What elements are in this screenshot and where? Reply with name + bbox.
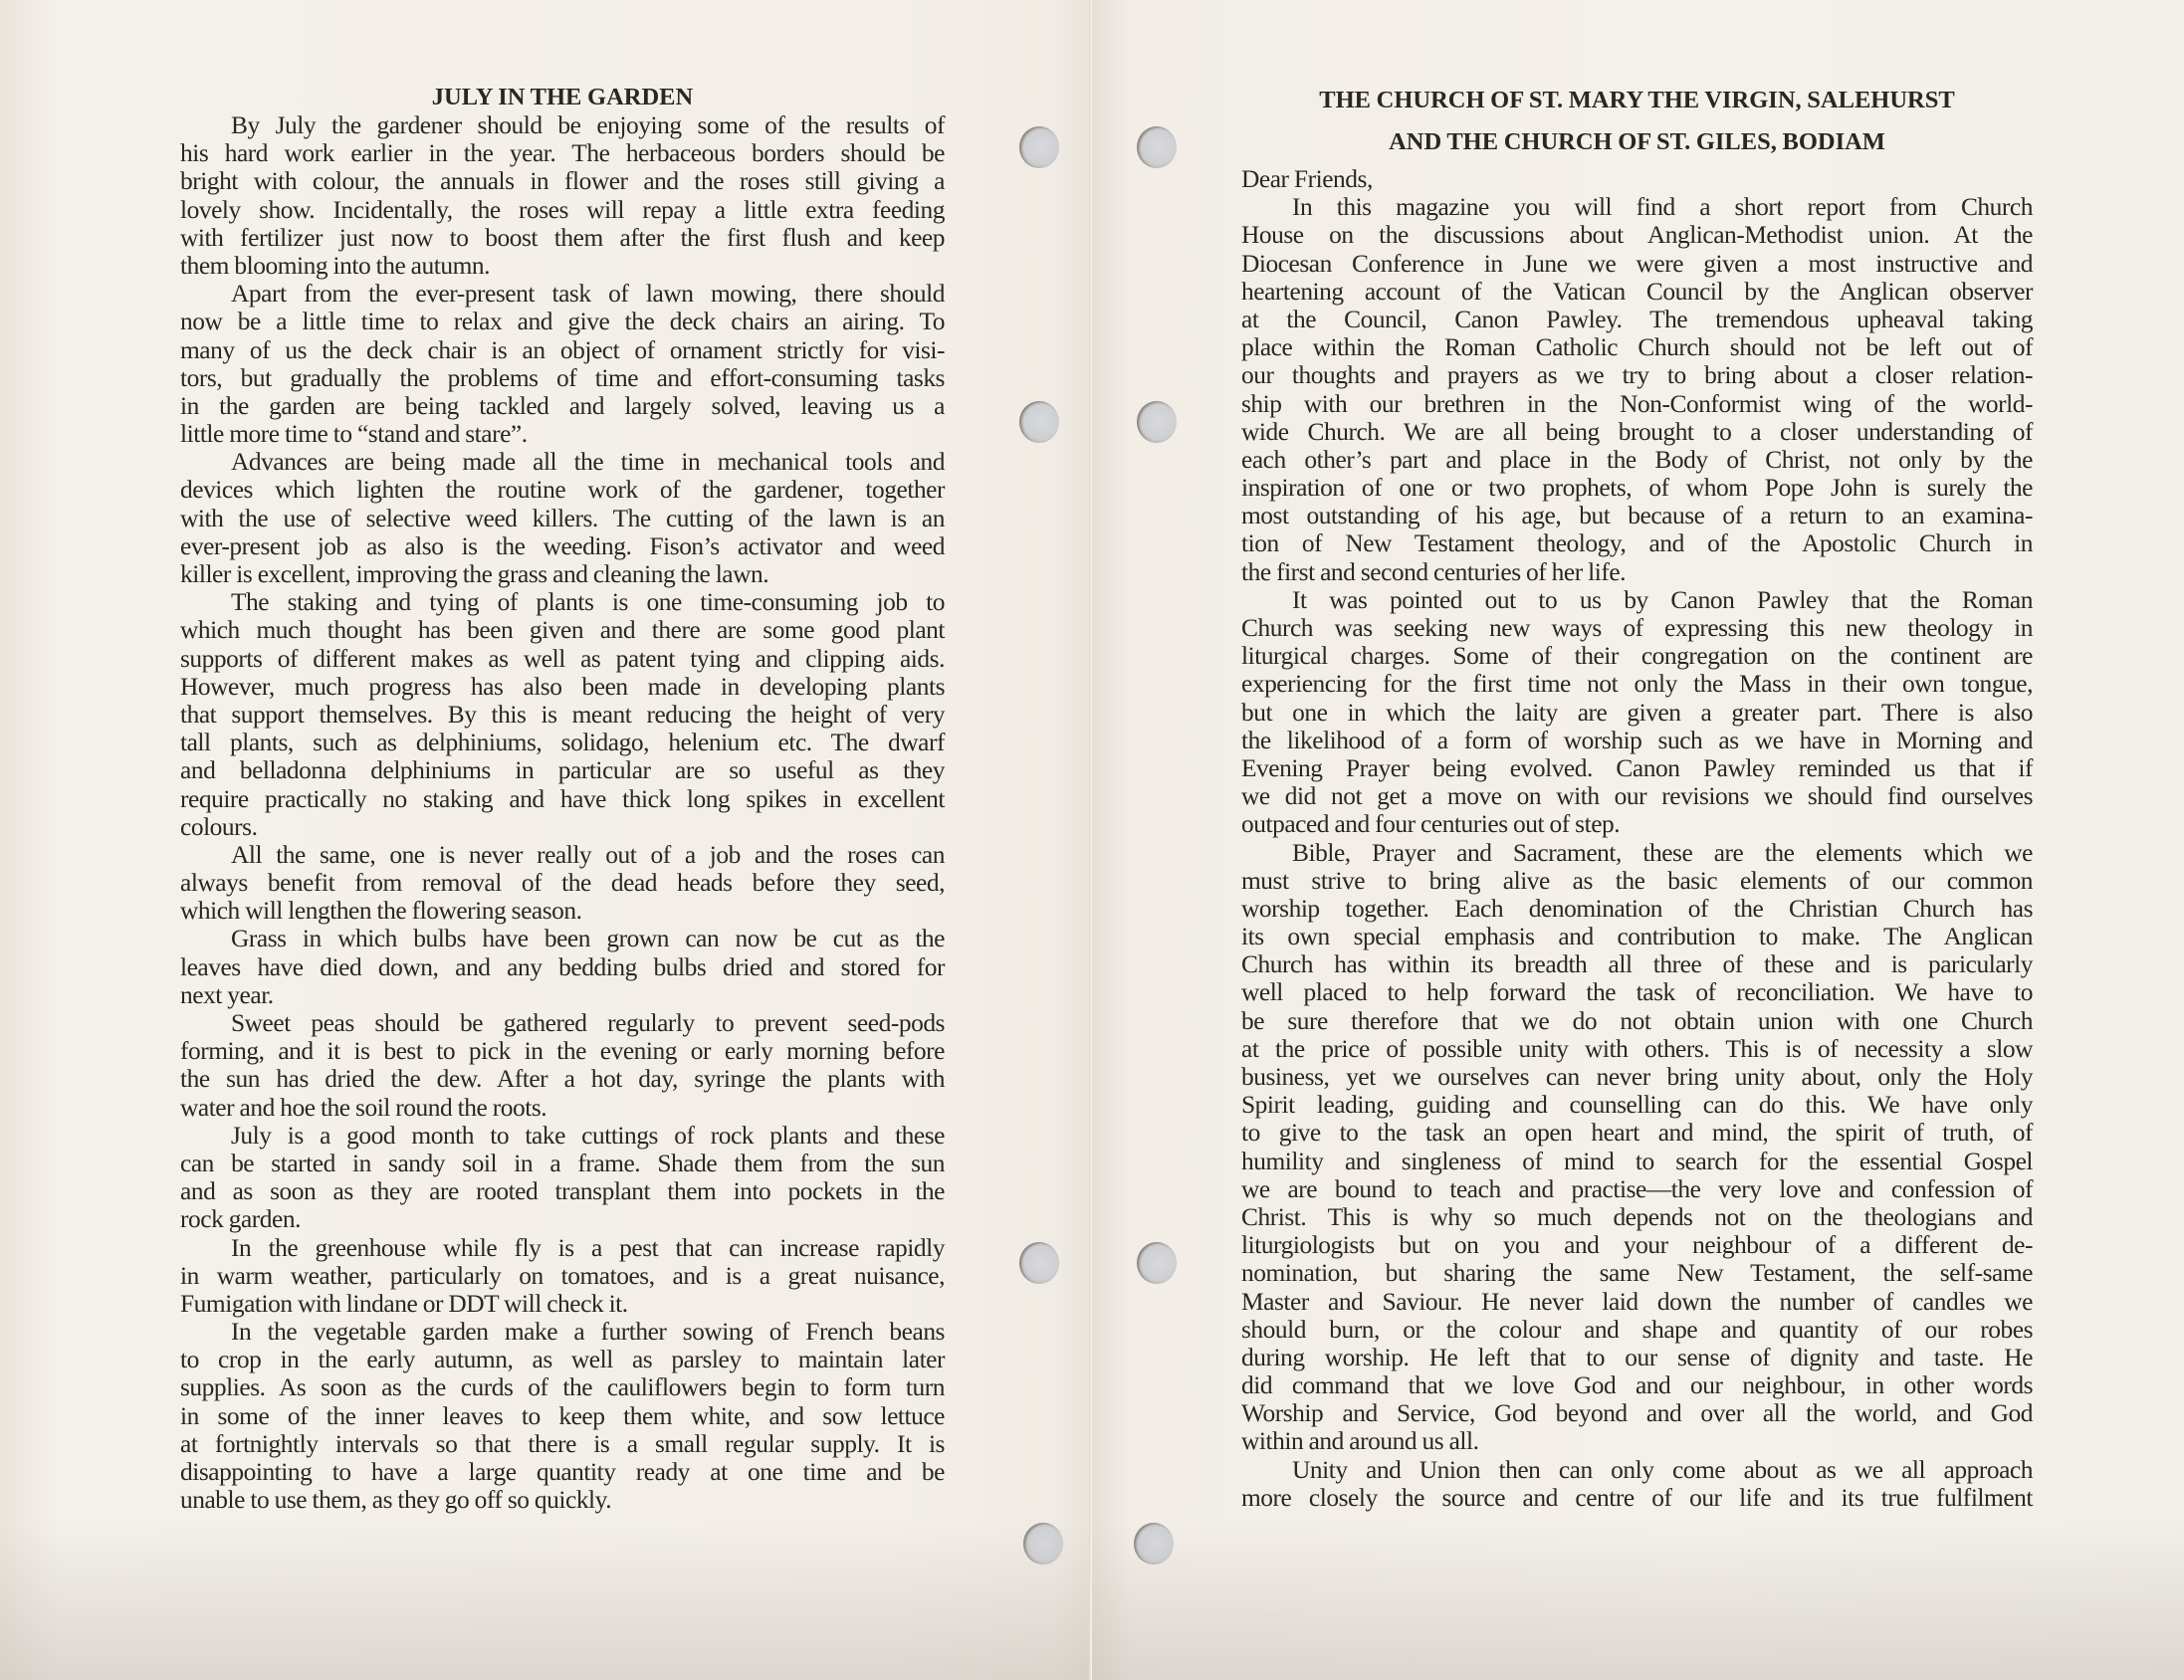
text-line: within and around us all. (1241, 1427, 2033, 1455)
text-line: in some of the inner leaves to keep them… (180, 1402, 945, 1430)
text-line: humility and singleness of mind to searc… (1241, 1148, 2033, 1175)
paragraph: Unity and Union then can only come about… (1241, 1456, 2033, 1512)
text-line: place within the Roman Catholic Church s… (1241, 333, 2033, 361)
text-line: colours. (180, 813, 945, 841)
punch-hole-icon (1019, 126, 1059, 168)
text-line: supports of different makes as well as p… (180, 645, 945, 673)
paragraph: It was pointed out to us by Canon Pawley… (1241, 586, 2033, 839)
text-line: heartening account of the Vatican Counci… (1241, 278, 2033, 306)
punch-hole-icon (1137, 1242, 1177, 1284)
text-line: liturgical charges. Some of their congre… (1241, 642, 2033, 670)
text-line: tall plants, such as delphiniums, solida… (180, 729, 945, 756)
text-line: In the vegetable garden make a further s… (180, 1318, 945, 1346)
text-line: Fumigation with lindane or DDT will chec… (180, 1290, 945, 1318)
text-line: be sure therefore that we do not obtain … (1241, 1007, 2033, 1035)
text-line: rock garden. (180, 1205, 945, 1233)
text-line: unable to use them, as they go off so qu… (180, 1486, 945, 1514)
punch-hole-icon (1023, 1523, 1063, 1565)
text-line: The staking and tying of plants is one t… (180, 588, 945, 616)
text-line: outpaced and four centuries out of step. (1241, 810, 2033, 838)
text-line: and as soon as they are rooted transplan… (180, 1177, 945, 1205)
text-line: disappointing to have a large quantity r… (180, 1458, 945, 1486)
text-line: at the Council, Canon Pawley. The tremen… (1241, 306, 2033, 333)
text-line: more closely the source and centre of ou… (1241, 1484, 2033, 1512)
text-line: worship together. Each denomination of t… (1241, 895, 2033, 923)
text-line: which much thought has been given and th… (180, 616, 945, 644)
right-page: THE CHURCH OF ST. MARY THE VIRGIN, SALEH… (1092, 0, 2184, 1680)
text-line: In this magazine you will find a short r… (1241, 193, 2033, 221)
text-line: Christ. This is why so much depends not … (1241, 1203, 2033, 1231)
text-line: require practically no staking and have … (180, 785, 945, 813)
text-line: By July the gardener should be enjoying … (180, 111, 945, 139)
punch-hole-icon (1019, 401, 1059, 443)
text-line: tors, but gradually the problems of time… (180, 364, 945, 392)
text-line: lovely show. Incidentally, the roses wil… (180, 196, 945, 224)
text-line: which will lengthen the flowering season… (180, 897, 945, 925)
text-line: experiencing for the first time not only… (1241, 670, 2033, 698)
text-line: bright with colour, the annuals in flowe… (180, 167, 945, 195)
text-line: Bible, Prayer and Sacrament, these are t… (1241, 839, 2033, 867)
text-line: July is a good month to take cuttings of… (180, 1122, 945, 1150)
punch-hole-icon (1019, 1242, 1059, 1284)
text-line: most outstanding of his age, but because… (1241, 502, 2033, 529)
paragraph: In the greenhouse while fly is a pest th… (180, 1234, 945, 1319)
paragraph: Grass in which bulbs have been grown can… (180, 925, 945, 1009)
text-line: next year. (180, 981, 945, 1009)
text-line: liturgiologists but on you and your neig… (1241, 1231, 2033, 1259)
punch-hole-icon (1137, 126, 1177, 168)
text-line: the likelihood of a form of worship such… (1241, 727, 2033, 754)
text-line: leaves have died down, and any bedding b… (180, 953, 945, 981)
text-line: devices which lighten the routine work o… (180, 476, 945, 504)
text-line: our thoughts and prayers as we try to br… (1241, 361, 2033, 389)
text-line: well placed to help forward the task of … (1241, 978, 2033, 1006)
text-line: Master and Saviour. He never laid down t… (1241, 1288, 2033, 1316)
text-line: now be a little time to relax and give t… (180, 308, 945, 335)
paragraph: Apart from the ever-present task of lawn… (180, 280, 945, 448)
text-line: that support themselves. By this is mean… (180, 701, 945, 729)
text-line: in the garden are being tackled and larg… (180, 392, 945, 420)
text-line: always benefit from removal of the dead … (180, 869, 945, 897)
paragraph: July is a good month to take cuttings of… (180, 1122, 945, 1234)
paragraph: By July the gardener should be enjoying … (180, 111, 945, 280)
text-line: but one in which the laity are given a g… (1241, 699, 2033, 727)
text-line: the sun has dried the dew. After a hot d… (180, 1065, 945, 1093)
paragraph: In the vegetable garden make a further s… (180, 1318, 945, 1514)
text-line: Worship and Service, God beyond and over… (1241, 1399, 2033, 1427)
text-line: at fortnightly intervals so that there i… (180, 1430, 945, 1458)
left-page: JULY IN THE GARDEN By July the gardener … (0, 0, 1092, 1680)
church-title-line-1: THE CHURCH OF ST. MARY THE VIRGIN, SALEH… (1241, 80, 2033, 121)
text-line: However, much progress has also been mad… (180, 673, 945, 701)
letter-body: In this magazine you will find a short r… (1241, 193, 2033, 1512)
text-line: Church was seeking new ways of expressin… (1241, 614, 2033, 642)
text-line: inspiration of one or two prophets, of w… (1241, 474, 2033, 502)
text-line: nomination, but sharing the same New Tes… (1241, 1259, 2033, 1287)
text-line: business, yet we ourselves can never bri… (1241, 1063, 2033, 1091)
garden-article-title: JULY IN THE GARDEN (180, 82, 945, 113)
text-line: did command that we love God and our nei… (1241, 1371, 2033, 1399)
text-line: we did not get a move on with our revisi… (1241, 782, 2033, 810)
text-line: Grass in which bulbs have been grown can… (180, 925, 945, 952)
text-line: House on the discussions about Anglican-… (1241, 221, 2033, 249)
text-line: and belladonna delphiniums in particular… (180, 756, 945, 784)
text-line: must strive to bring alive as the basic … (1241, 867, 2033, 895)
text-line: can be started in sandy soil in a frame.… (180, 1150, 945, 1177)
text-line: wide Church. We are all being brought to… (1241, 418, 2033, 446)
paragraph: All the same, one is never really out of… (180, 841, 945, 926)
text-line: Sweet peas should be gathered regularly … (180, 1009, 945, 1037)
church-title-line-2: AND THE CHURCH OF ST. GILES, BODIAM (1241, 121, 2033, 163)
text-line: It was pointed out to us by Canon Pawley… (1241, 586, 2033, 614)
paragraph: Bible, Prayer and Sacrament, these are t… (1241, 839, 2033, 1456)
text-line: to give to the task an open heart and mi… (1241, 1119, 2033, 1147)
text-line: Church has within its breadth all three … (1241, 950, 2033, 978)
paragraph: The staking and tying of plants is one t… (180, 588, 945, 841)
punch-hole-icon (1134, 1523, 1174, 1565)
text-line: in warm weather, particularly on tomatoe… (180, 1262, 945, 1290)
punch-hole-icon (1137, 401, 1177, 443)
paragraph: Advances are being made all the time in … (180, 448, 945, 588)
text-line: with fertilizer just now to boost them a… (180, 224, 945, 252)
paragraph: Sweet peas should be gathered regularly … (180, 1009, 945, 1122)
paragraph: In this magazine you will find a short r… (1241, 193, 2033, 586)
text-line: his hard work earlier in the year. The h… (180, 139, 945, 167)
letter-salutation: Dear Friends, (1241, 165, 2033, 193)
text-line: little more time to “stand and stare”. (180, 420, 945, 448)
text-line: supplies. As soon as the curds of the ca… (180, 1373, 945, 1401)
text-line: each other’s part and place in the Body … (1241, 446, 2033, 474)
text-line: ship with our brethren in the Non-Confor… (1241, 390, 2033, 418)
garden-article-body: By July the gardener should be enjoying … (180, 111, 945, 1514)
garden-article: JULY IN THE GARDEN By July the gardener … (180, 82, 945, 1514)
magazine-spread: JULY IN THE GARDEN By July the gardener … (0, 0, 2184, 1680)
text-line: All the same, one is never really out of… (180, 841, 945, 869)
vicar-letter: THE CHURCH OF ST. MARY THE VIRGIN, SALEH… (1241, 80, 2033, 1512)
text-line: Advances are being made all the time in … (180, 448, 945, 476)
text-line: Diocesan Conference in June we were give… (1241, 250, 2033, 278)
text-line: ever-present job as also is the weeding.… (180, 532, 945, 560)
text-line: many of us the deck chair is an object o… (180, 336, 945, 364)
text-line: at the price of possible unity with othe… (1241, 1035, 2033, 1063)
text-line: water and hoe the soil round the roots. (180, 1094, 945, 1122)
text-line: killer is excellent, improving the grass… (180, 560, 945, 588)
text-line: we are bound to teach and practise—the v… (1241, 1175, 2033, 1203)
text-line: Spirit leading, guiding and counselling … (1241, 1091, 2033, 1119)
text-line: tion of New Testament theology, and of t… (1241, 529, 2033, 557)
text-line: with the use of selective weed killers. … (180, 505, 945, 532)
text-line: should burn, or the colour and shape and… (1241, 1316, 2033, 1344)
text-line: during worship. He left that to our sens… (1241, 1344, 2033, 1371)
text-line: forming, and it is best to pick in the e… (180, 1037, 945, 1065)
text-line: the first and second centuries of her li… (1241, 558, 2033, 586)
text-line: them blooming into the autumn. (180, 252, 945, 280)
text-line: to crop in the early autumn, as well as … (180, 1346, 945, 1373)
text-line: Apart from the ever-present task of lawn… (180, 280, 945, 308)
text-line: its own special emphasis and contributio… (1241, 923, 2033, 950)
text-line: Evening Prayer being evolved. Canon Pawl… (1241, 754, 2033, 782)
text-line: Unity and Union then can only come about… (1241, 1456, 2033, 1484)
text-line: In the greenhouse while fly is a pest th… (180, 1234, 945, 1262)
